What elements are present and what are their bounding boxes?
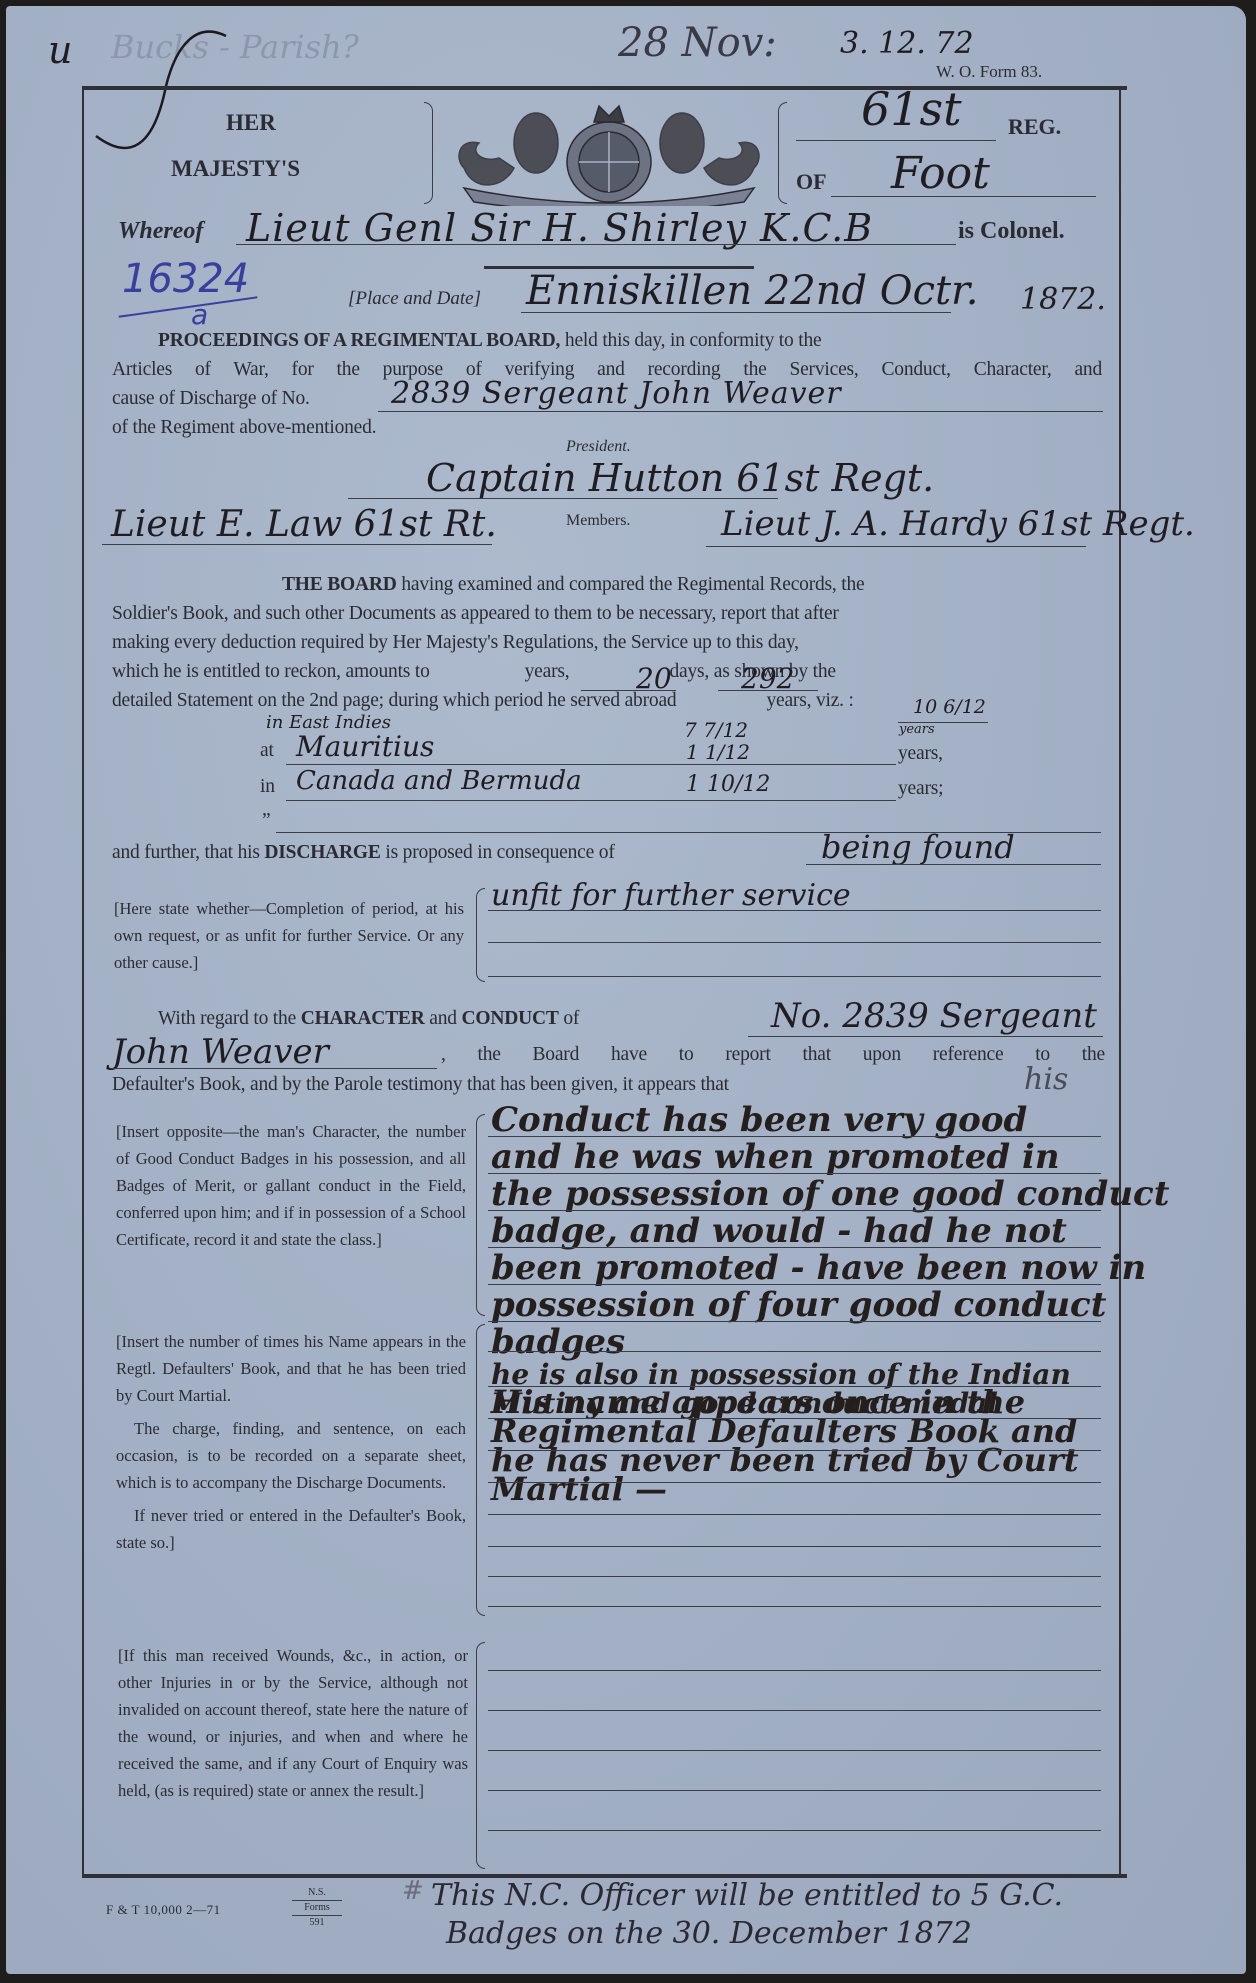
station-1-years: 1 1/12	[686, 740, 750, 764]
discharge-reason-1: being found	[821, 828, 1015, 866]
station-1: Mauritius	[296, 730, 434, 763]
president-label: President.	[566, 438, 631, 456]
abroad-years: 10 6/12	[913, 696, 986, 718]
character-line-2: , the Board have to report that upon ref…	[441, 1040, 1105, 1069]
conduct-line-5	[488, 1284, 1101, 1285]
member-2-line	[706, 546, 1086, 547]
service-days-line	[718, 690, 818, 691]
character-soldier-2: John Weaver	[112, 1032, 329, 1072]
conduct-line-2	[488, 1173, 1101, 1174]
discharge-line-1	[488, 910, 1101, 911]
defaulter-line-2	[488, 1450, 1101, 1451]
members-label: Members.	[566, 512, 630, 530]
conduct-line-6	[488, 1321, 1101, 1322]
character-soldier-2-line	[112, 1068, 437, 1069]
footer-note-1: This N.C. Officer will be entitled to 5 …	[431, 1878, 1063, 1913]
in-label: in	[260, 772, 275, 801]
defaulter-instruction: [Insert the number of times his Name app…	[116, 1328, 466, 1556]
soldier-name-line	[378, 411, 1103, 412]
footer-note-2: Badges on the 30. December 1872	[446, 1916, 972, 1951]
frame-left-rule	[82, 88, 84, 1878]
header-her: HER	[226, 110, 276, 136]
defaulter-line-1	[488, 1418, 1101, 1419]
member-2-name: Lieut J. A. Hardy 61st Regt.	[721, 504, 1195, 544]
printer-mark: F & T 10,000 2—71	[106, 1902, 221, 1918]
character-instruction: [Insert opposite—the man's Character, th…	[116, 1118, 466, 1253]
wounds-line-1	[488, 1670, 1101, 1671]
defaulter-line-6	[488, 1576, 1101, 1577]
reg-label: REG.	[1008, 114, 1061, 140]
regiment-type: Foot	[891, 148, 990, 199]
character-soldier-1-line	[748, 1036, 1103, 1037]
header-majestys: MAJESTY'S	[171, 156, 300, 182]
ditto-mark: ”	[262, 806, 270, 835]
member-1-name: Lieut E. Law 61st Rt.	[111, 504, 497, 545]
of-label: OF	[796, 169, 827, 195]
royal-coat-of-arms-icon	[444, 98, 774, 206]
station-2-years-label: years;	[898, 774, 943, 803]
wounds-line-4	[488, 1790, 1101, 1791]
conduct-line-4	[488, 1247, 1101, 1248]
whereof-label: Whereof	[118, 218, 203, 245]
place-date-year: 1872.	[1020, 282, 1106, 317]
defaulter-entry: His name appears once in the Regimental …	[491, 1388, 1191, 1504]
service-paragraph: THE BOARD having examined and compared t…	[112, 570, 1102, 715]
defaulter-line-3	[488, 1482, 1101, 1483]
place-date-line	[521, 312, 951, 313]
soldier-name: 2839 Sergeant John Weaver	[391, 376, 842, 411]
member-1-line	[102, 544, 492, 545]
header-bracket-right	[778, 102, 787, 204]
discharge-reason-2: unfit for further service	[491, 878, 851, 913]
defaulter-line-7	[488, 1606, 1101, 1607]
header-bracket-left	[424, 102, 433, 204]
form-id: W. O. Form 83.	[936, 62, 1042, 82]
footer-note-mark: #	[402, 1876, 424, 1906]
place-date-value: Enniskillen 22nd Octr.	[526, 268, 979, 314]
wounds-line-2	[488, 1710, 1101, 1711]
discharge-line-3	[488, 976, 1101, 977]
character-bracket	[476, 1114, 485, 1316]
regiment-number: 61st	[861, 82, 962, 136]
colonel-label: is Colonel.	[958, 218, 1065, 245]
stamp-date: 3. 12. 72	[840, 26, 974, 61]
defaulter-line-4	[488, 1514, 1101, 1515]
conduct-line-3	[488, 1210, 1101, 1211]
defaulter-bracket	[476, 1324, 485, 1616]
station-1-line	[286, 764, 896, 765]
discharge-instruction: [Here state whether—Completion of period…	[114, 895, 464, 976]
station-2: Canada and Bermuda	[296, 766, 582, 796]
wounds-instruction: [If this man received Wounds, &c., in ac…	[118, 1642, 468, 1804]
conduct-line-1	[488, 1136, 1101, 1137]
years-note: years	[899, 722, 935, 737]
proceedings-lead: PROCEEDINGS OF A REGIMENTAL BOARD,	[158, 330, 560, 351]
discharge-sentence: and further, that his DISCHARGE is propo…	[112, 838, 615, 867]
received-date: 28 Nov:	[618, 20, 777, 66]
character-his: his	[1024, 1062, 1068, 1097]
conduct-line-7	[488, 1351, 1101, 1352]
colonel-name-line	[236, 244, 956, 245]
at-label: at	[260, 736, 274, 765]
east-indies-years: 7 7/12	[684, 718, 748, 742]
character-soldier-1: No. 2839 Sergeant	[771, 996, 1097, 1036]
discharge-bracket	[476, 888, 485, 982]
defaulter-line-5	[488, 1546, 1101, 1547]
wounds-line-3	[488, 1750, 1101, 1751]
wounds-line-5	[488, 1830, 1101, 1831]
frame-right-rule	[1119, 88, 1121, 1878]
president-name: Captain Hutton 61st Regt.	[426, 456, 934, 500]
station-2-years: 1 10/12	[686, 772, 770, 797]
character-line-3: Defaulter's Book, and by the Parole test…	[112, 1070, 729, 1099]
station-1-years-label: years,	[898, 739, 943, 768]
place-date-label: [Place and Date]	[348, 288, 481, 310]
register-number: 16324	[122, 256, 249, 302]
flourish-mark-icon	[76, 26, 246, 166]
president-line	[348, 498, 778, 499]
regiment-number-line	[796, 140, 996, 141]
conduct-entry: Conduct has been very good and he was wh…	[491, 1102, 1211, 1419]
margin-mark: u	[48, 28, 72, 72]
wounds-bracket	[476, 1642, 485, 1869]
discharge-reason-1-line	[806, 864, 1101, 865]
service-years-line	[581, 690, 676, 691]
regiment-type-line	[831, 196, 1096, 197]
character-line-1: With regard to the CHARACTER and CONDUCT…	[158, 1004, 579, 1033]
frame-top-rule	[82, 86, 1127, 90]
station-2-line	[286, 800, 896, 801]
document-page: u Bucks - Parish? 28 Nov: 3. 12. 72 W. O…	[6, 6, 1246, 1974]
discharge-line-2	[488, 942, 1101, 943]
ns-forms-mark: N.S. Forms 591	[292, 1886, 342, 1930]
